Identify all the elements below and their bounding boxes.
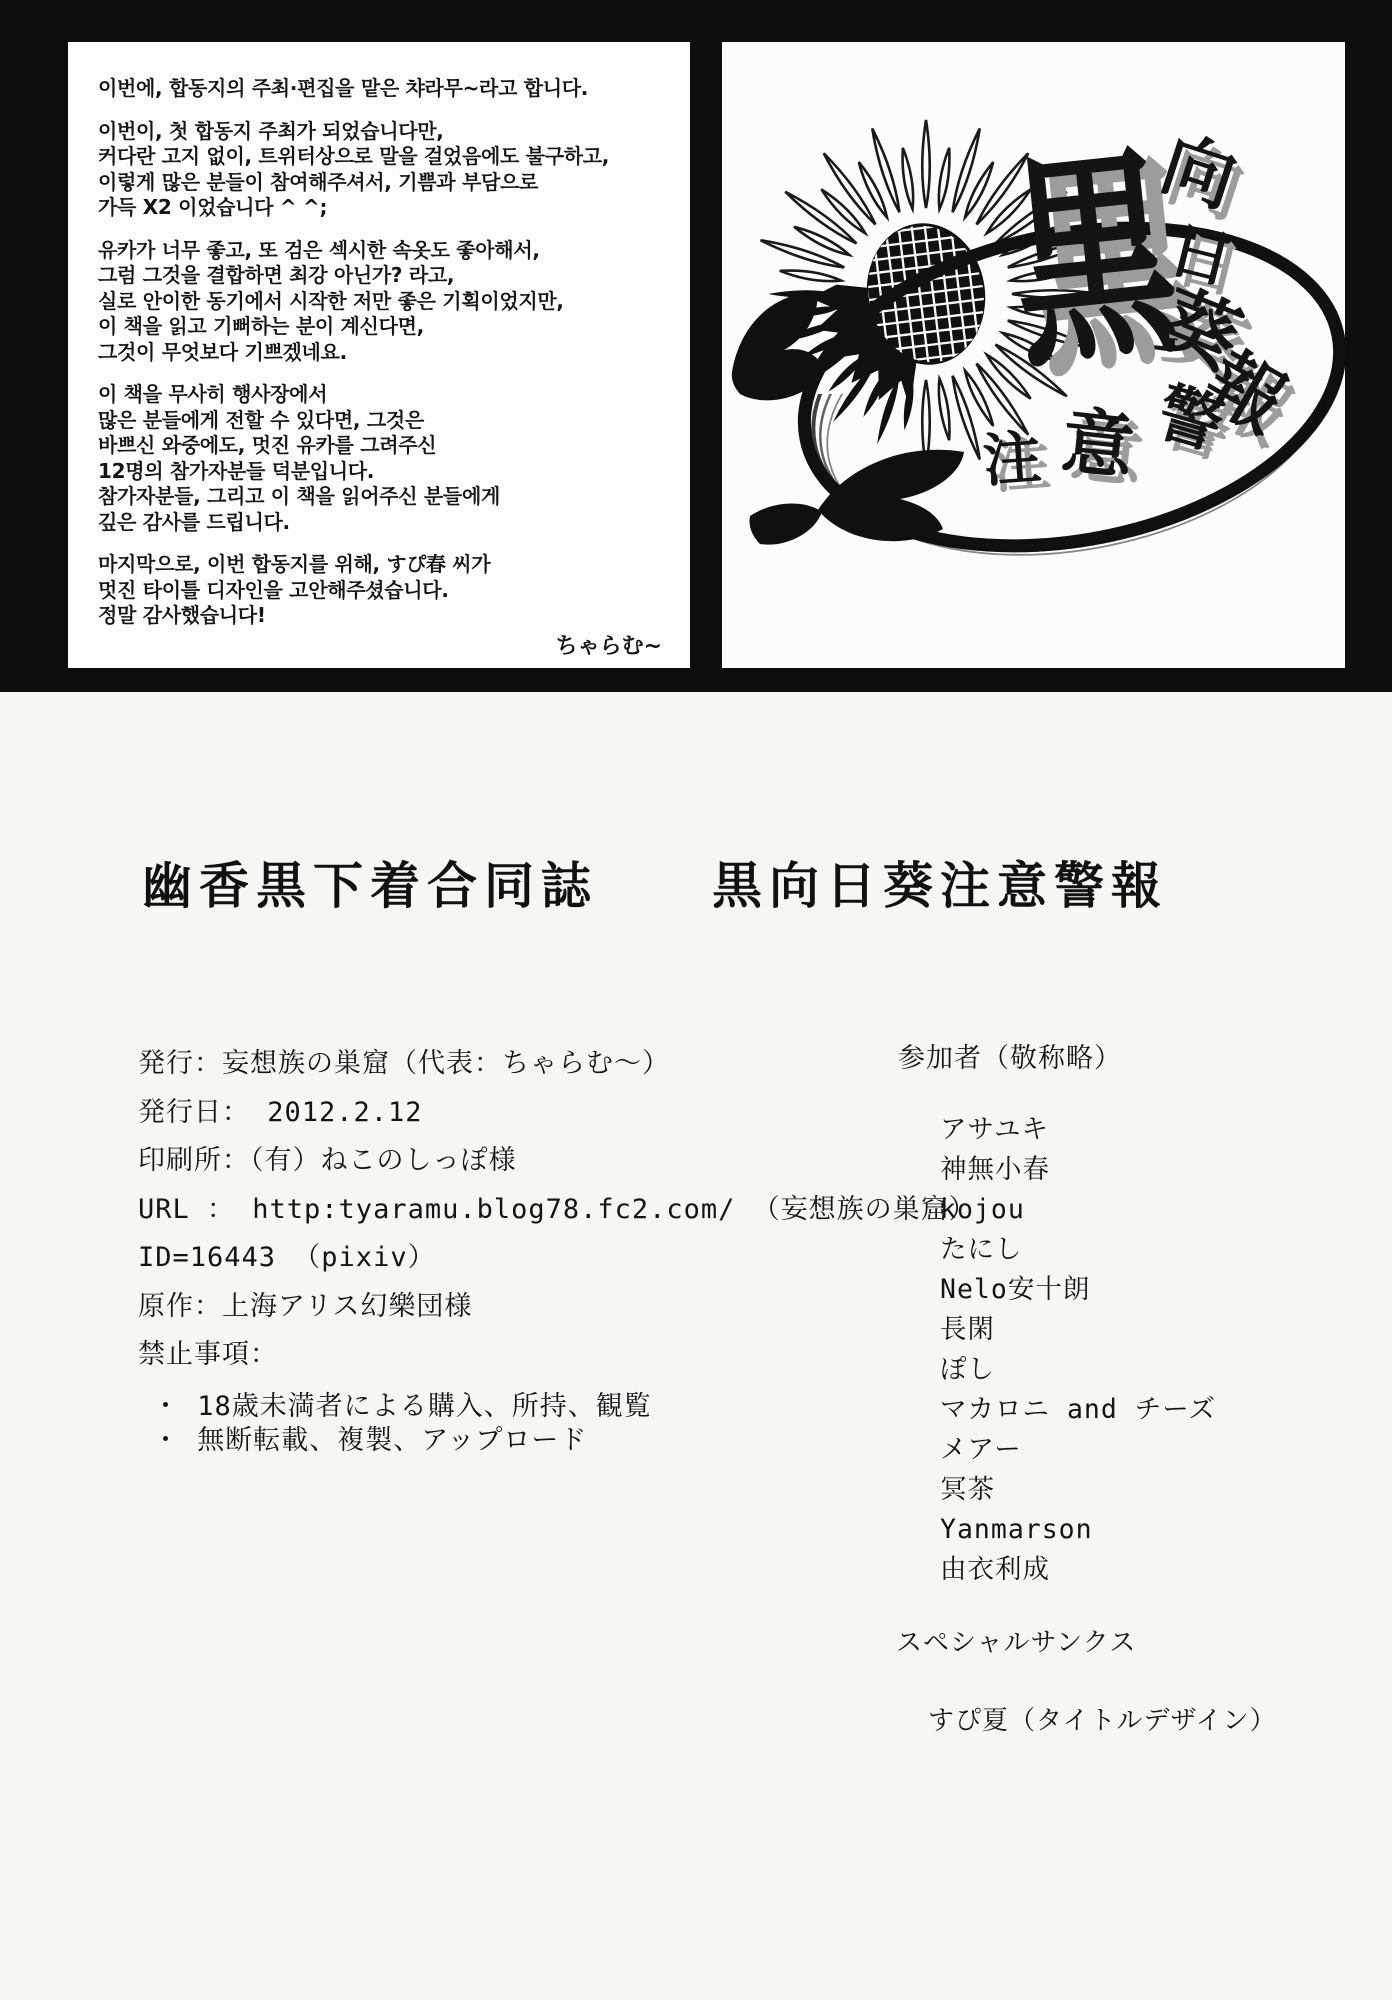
leaf-bottom	[818, 450, 964, 541]
afterword-panel: 이번에, 합동지의 주최·편집을 맡은 챠라무~라고 합니다. 이번이, 첫 합…	[68, 42, 690, 668]
prohibited-item: ・ 18歳未満者による購入、所持、観覧	[152, 1390, 652, 1424]
info-line-url: URL ： http:tyaramu.blog78.fc2.com/ （妄想族の…	[138, 1186, 977, 1235]
afterword-text: 이번에, 합동지의 주최·편집을 맡은 챠라무~라고 합니다. 이번이, 첫 합…	[98, 76, 674, 646]
info-line-publisher: 発行：妄想族の巣窟（代表：ちゃらむ～）	[138, 1040, 977, 1089]
info-line-pixiv-id: ID=16443 （pixiv）	[138, 1234, 977, 1283]
participant-item: アサユキ	[940, 1110, 1216, 1150]
participant-item: Yanmarson	[940, 1510, 1216, 1550]
participants-heading: 参加者（敬称略）	[898, 1036, 1122, 1075]
participant-item: 神無小春	[940, 1150, 1216, 1190]
publication-info: 発行：妄想族の巣窟（代表：ちゃらむ～） 発行日： 2012.2.12 印刷所：（…	[138, 1040, 977, 1380]
participant-item: 由衣利成	[940, 1550, 1216, 1590]
prohibited-item: ・ 無断転載、複製、アップロード	[152, 1424, 652, 1458]
participant-item: マカロニ and チーズ	[940, 1390, 1216, 1430]
special-thanks-name: すぴ夏（タイトルデザイン）	[928, 1700, 1277, 1737]
logo-kanji-i: 意 意	[1057, 398, 1148, 497]
participant-item: Nelo安十朗	[940, 1270, 1216, 1310]
afterword-paragraph: 이번에, 합동지의 주최·편집을 맡은 챠라무~라고 합니다.	[98, 76, 674, 102]
leaf-small-bottom-left	[749, 503, 822, 544]
info-line-prohibitions-label: 禁止事項：	[138, 1331, 977, 1380]
participant-item: 長閑	[940, 1310, 1216, 1350]
logo-panel: 黒 黒 向 向 日 日 葵 葵 報 報 警 警	[722, 42, 1345, 668]
afterword-paragraph: 유카가 너무 좋고, 또 검은 섹시한 속옷도 좋아해서, 그럼 그것을 결합하…	[98, 238, 674, 366]
afterword-paragraph: 이번이, 첫 합동지 주최가 되었습니다만, 커다란 고지 없이, 트위터상으로…	[98, 119, 674, 221]
leaf-upper-left	[732, 292, 824, 400]
info-line-printer: 印刷所：（有）ねこのしっぽ様	[138, 1137, 977, 1186]
top-black-band: 이번에, 합동지의 주최·편집을 맡은 챠라무~라고 합니다. 이번이, 첫 합…	[0, 0, 1392, 692]
participant-item: メアー	[940, 1430, 1216, 1470]
participant-item: ぽし	[940, 1350, 1216, 1390]
afterword-paragraph: 마지막으로, 이번 합동지를 위해, すぴ春 씨가 멋진 타이틀 디자인을 고안…	[98, 552, 674, 629]
participant-item: 冥茶	[940, 1470, 1216, 1510]
logo-kanji-chu: 注 注	[981, 422, 1053, 501]
special-thanks-heading: スペシャルサンクス	[896, 1622, 1136, 1659]
participant-item: たにし	[940, 1230, 1216, 1270]
participants-list: アサユキ 神無小春 kojou たにし Nelo安十朗 長閑 ぽし マカロニ a…	[940, 1110, 1216, 1590]
svg-text:意: 意	[1058, 398, 1138, 489]
afterword-paragraph: 이 책을 무사히 행사장에서 많은 분들에게 전할 수 있다면, 그것은 바쁘신…	[98, 382, 674, 535]
book-title: 幽香黒下着合同誌 黒向日葵注意警報	[142, 846, 1168, 918]
author-signature: ちゃらむ~	[556, 629, 662, 660]
prohibited-list: ・ 18歳未満者による購入、所持、観覧 ・ 無断転載、複製、アップロード	[152, 1390, 652, 1458]
sunflower-logo-svg: 黒 黒 向 向 日 日 葵 葵 報 報 警 警	[722, 42, 1345, 668]
svg-text:注: 注	[981, 423, 1044, 495]
info-line-pub-date: 発行日： 2012.2.12	[138, 1089, 977, 1138]
info-line-original: 原作：上海アリス幻樂団様	[138, 1283, 977, 1332]
participant-item: kojou	[940, 1190, 1216, 1230]
